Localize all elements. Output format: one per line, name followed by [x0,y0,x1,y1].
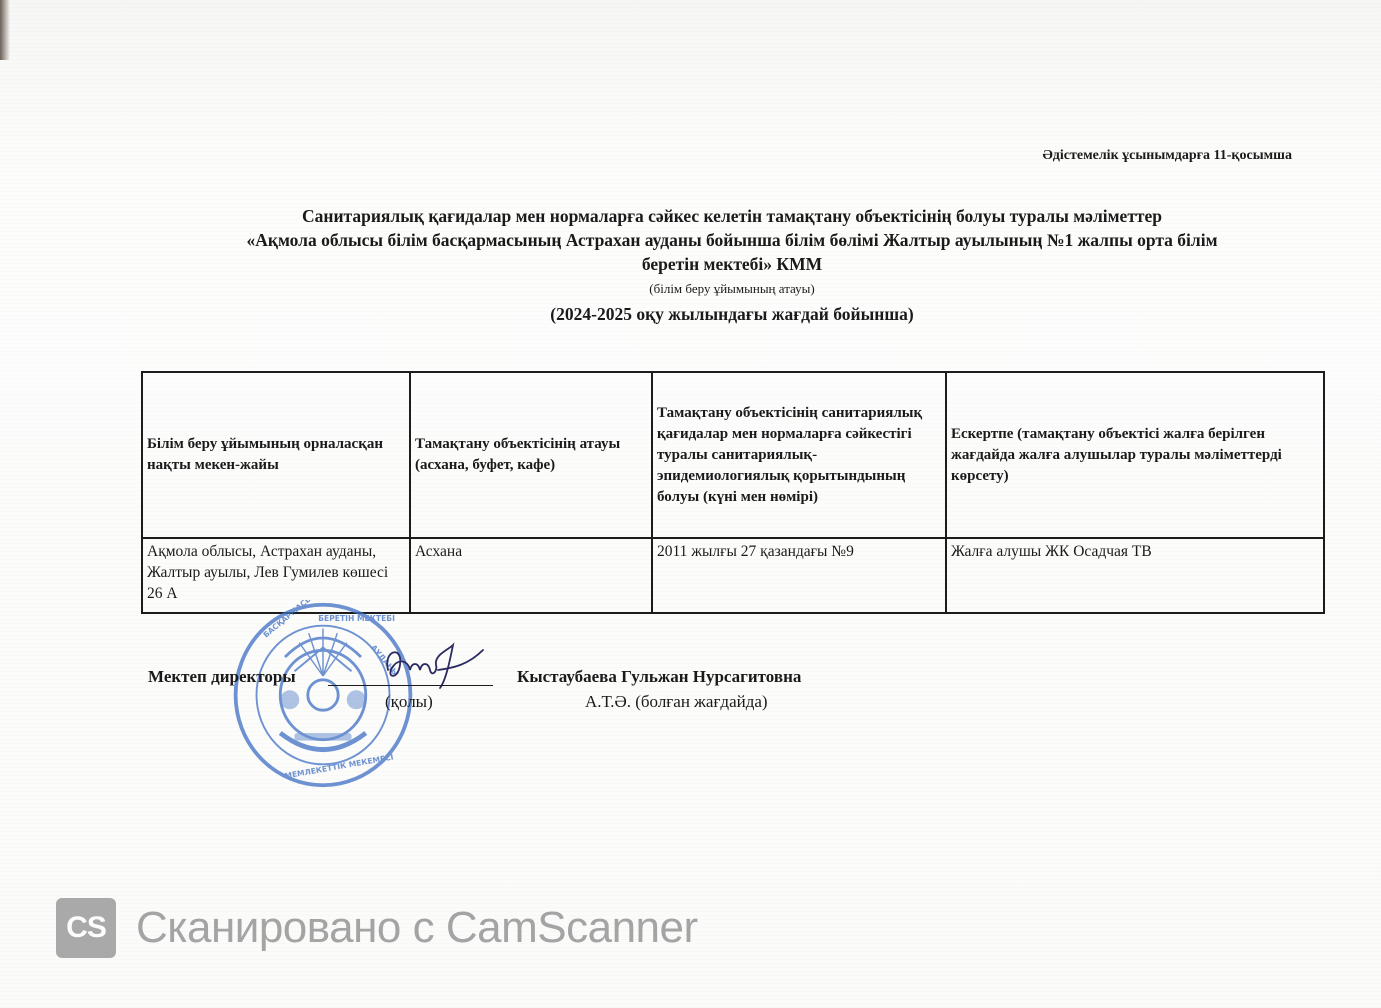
director-name: Кыстаубаева Гульжан Нурсагитовна [517,667,801,687]
table-header-row: Білім беру ұйымының орналасқан нақты мек… [142,372,1324,538]
cell-note: Жалға алушы ЖК Осадчая ТВ [946,538,1324,613]
document-title: Санитариялық қағидалар мен нормаларға сә… [140,204,1324,326]
food-facility-table: Білім беру ұйымының орналасқан нақты мек… [141,371,1325,614]
header-object-name: Тамақтану объектісінің атауы (асхана, бу… [410,372,652,538]
signature-caption: (қолы) [385,692,433,712]
cell-conclusion: 2011 жылғы 27 қазандағы №9 [652,538,946,613]
title-line-3: беретін мектебі» КММ [140,252,1324,276]
title-line-1: Санитариялық қағидалар мен нормаларға сә… [140,204,1324,228]
appendix-note: Әдістемелік ұсынымдарға 11-қосымша [1042,148,1292,164]
handwritten-signature-icon [378,640,488,690]
signature-line [328,685,493,686]
camscanner-logo-icon: CS [56,898,116,958]
watermark-text: Сканировано с CamScanner [136,903,698,953]
org-caption: (білім беру ұйымының атауы) [140,276,1324,302]
scan-edge-shadow [0,0,10,60]
director-label: Мектеп директоры [148,667,296,687]
svg-text:БАСҚАРМАСЫ: БАСҚАРМАСЫ [262,600,315,640]
year-line: (2024-2025 оқу жылындағы жағдай бойынша) [140,302,1324,326]
camscanner-watermark: CS Сканировано с CamScanner [56,898,698,958]
header-note: Ескертпе (тамақтану объектісі жалға бері… [946,372,1324,538]
header-address: Білім беру ұйымының орналасқан нақты мек… [142,372,410,538]
header-conclusion: Тамақтану объектісінің санитариялық қағи… [652,372,946,538]
cell-object-name: Асхана [410,538,652,613]
name-caption: А.Т.Ә. (болған жағдайда) [585,692,768,712]
title-line-2: «Ақмола облысы білім басқармасының Астра… [140,228,1324,252]
svg-text:БЕРЕТІН МЕКТЕБІ: БЕРЕТІН МЕКТЕБІ [318,614,395,623]
